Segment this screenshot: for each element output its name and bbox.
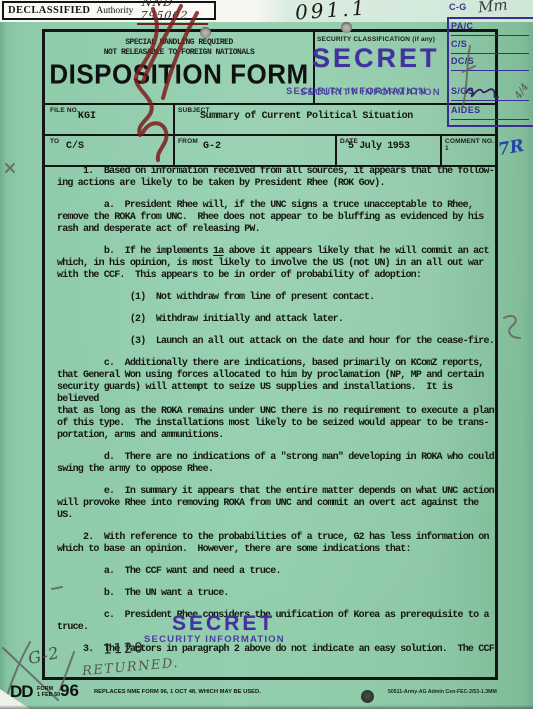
form-divider-file-subject <box>173 103 175 134</box>
authority-value-handwriting: NND 795002 <box>137 0 212 25</box>
to-value: C/S <box>66 141 84 152</box>
dd-form-label: FORM 1 FEB 50 <box>37 687 60 698</box>
punch-hole-top-left <box>200 27 211 38</box>
authority-label: Authority <box>96 6 133 16</box>
date-value: 5 July 1953 <box>348 141 410 152</box>
paragraph-1e: e. In summary it appears that the entire… <box>57 486 494 522</box>
routing-entry-dcs: DC/S <box>451 56 529 71</box>
paragraph-1a: a. President Rhee will, if the UNC signs… <box>57 200 494 236</box>
paragraph-2a: a. The CCF want and need a truce. <box>57 566 494 578</box>
dd-form-number: 96 <box>60 681 79 701</box>
list-item-1: (1) Not withdraw from line of present co… <box>57 292 494 304</box>
from-label: FROM <box>178 138 198 145</box>
special-handling-stamp: SPECIAL HANDLING REQUIRED NOT RELEASABLE… <box>45 38 313 58</box>
from-value: G-2 <box>203 141 221 152</box>
to-label: TO <box>50 138 59 145</box>
file-no-label: FILE NO. <box>50 107 79 114</box>
secret-stamp-top: SECRET <box>312 43 440 74</box>
form-title: DISPOSITION FORM <box>45 58 313 91</box>
document-page: DECLASSIFIED Authority NND 795002 091.1 … <box>0 0 533 709</box>
routing-entry-aides: AIDES <box>451 105 529 120</box>
list-item-3: (3) Launch an all out attack on the date… <box>57 336 494 348</box>
special-handling-line1: SPECIAL HANDLING REQUIRED <box>45 38 313 48</box>
form-line-below-header <box>45 103 495 105</box>
secret-stamp-bottom: SECRET <box>172 612 275 636</box>
paragraph-2b: b. The UN want a truce. <box>57 588 494 600</box>
paragraph-1b-pre: b. If he implements <box>57 246 213 257</box>
comment-no-label: COMMENT NO. 1 <box>445 138 495 152</box>
form-divider-date-comment <box>440 134 442 165</box>
security-classification-label: SECURITY CLASSIFICATION (if any) <box>317 36 437 43</box>
print-code: 50511-Army-AG Admin Cen-FEC-2/53-1.3MM <box>388 689 497 695</box>
paragraph-1d: d. There are no indications of a "strong… <box>57 452 494 476</box>
special-handling-line2: NOT RELEASABLE TO FOREIGN NATIONALS <box>45 48 313 58</box>
routing-entry-pac: PA/C <box>451 21 529 36</box>
paragraph-2c: c. President Rhee considers the unificat… <box>57 610 494 634</box>
security-information-stamp-2: SECURITY INFORMATION <box>300 87 441 98</box>
paragraph-1b-ref: 1a <box>213 246 223 257</box>
routing-entry-cg: C-G <box>449 2 479 16</box>
list-item-2: (2) Withdraw initially and attack later. <box>57 314 494 326</box>
punch-hole-bottom <box>361 690 374 703</box>
replaces-note: REPLACES NME FORM 96, 1 OCT 48, WHICH MA… <box>94 689 261 695</box>
document-body: 1. Based on information received from al… <box>57 166 494 666</box>
security-information-stamp-bottom: SECURITY INFORMATION <box>144 634 285 645</box>
paragraph-1c: c. Additionally there are indications, b… <box>57 358 494 442</box>
dd-form-date: 1 FEB 50 <box>37 693 60 699</box>
form-divider-to-from <box>173 134 175 165</box>
subject-value: Summary of Current Political Situation <box>200 111 413 122</box>
declassified-label: DECLASSIFIED <box>8 5 90 16</box>
paragraph-1b: b. If he implements 1a above it appears … <box>57 246 494 282</box>
paragraph-2: 2. With reference to the probabilities o… <box>57 532 494 556</box>
form-divider-from-date <box>335 134 337 165</box>
declassified-box: DECLASSIFIED Authority NND 795002 <box>2 1 216 20</box>
dd-form-mark: DD <box>10 682 33 702</box>
file-no-value: KGI <box>78 111 96 122</box>
comment-initials-handwriting: 7R <box>496 136 525 160</box>
handwritten-1120: 1120 <box>103 640 145 657</box>
paragraph-1: 1. Based on information received from al… <box>57 166 494 190</box>
punch-hole-top-right <box>341 22 352 33</box>
routing-entry-cs: C/S <box>451 39 529 54</box>
form-line-below-file-row <box>45 134 495 136</box>
